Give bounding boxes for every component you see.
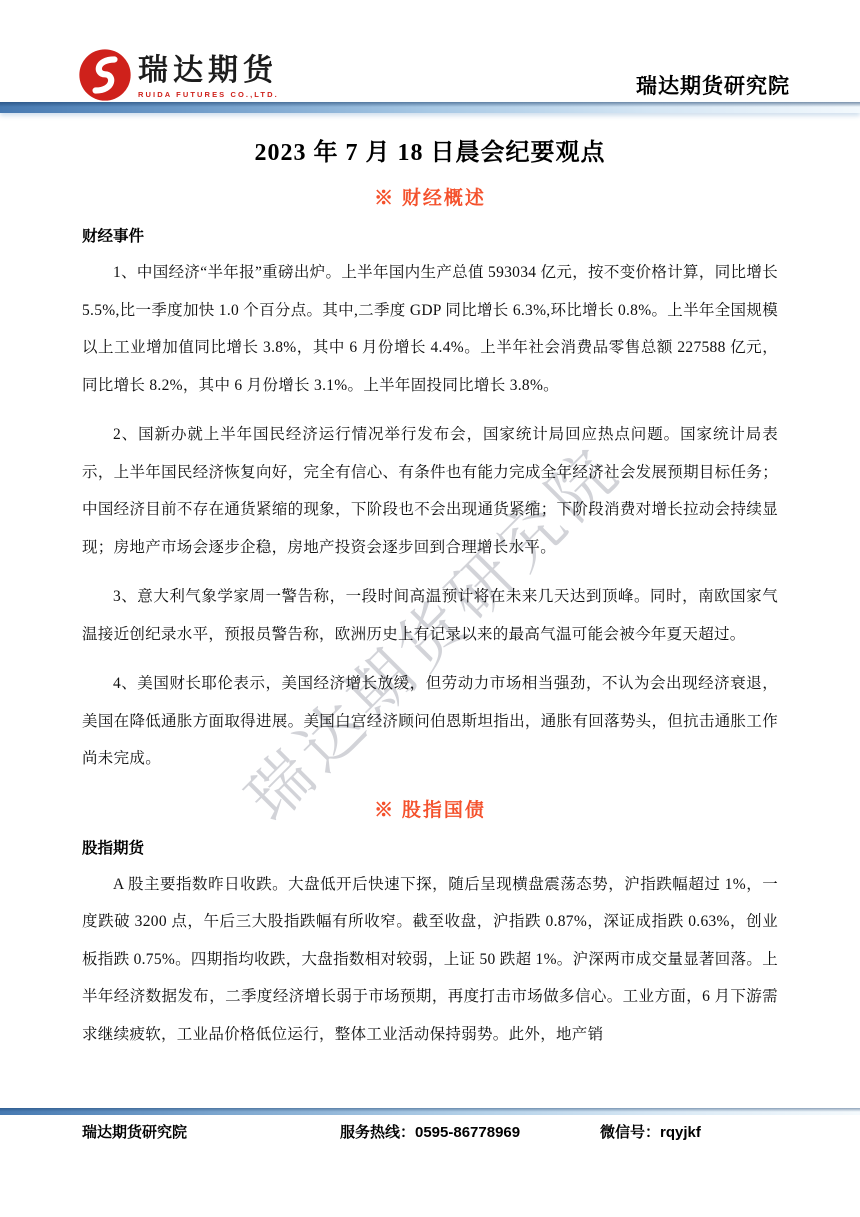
header-divider-bar bbox=[0, 102, 860, 113]
document-page: 瑞达期货 RUIDA FUTURES CO.,LTD. 瑞达期货研究院 瑞达期货… bbox=[0, 0, 860, 1217]
footer-divider-bar bbox=[0, 1108, 860, 1115]
footer-hotline: 服务热线：0595-86778969 bbox=[340, 1121, 520, 1145]
footer-wechat: 微信号：rqyjkf bbox=[600, 1121, 701, 1145]
section-heading-index-bonds: ※ 股指国债 bbox=[82, 796, 778, 826]
ruida-logo-icon bbox=[78, 48, 132, 102]
paragraph-italy-heatwave: 3、意大利气象学家周一警告称，一段时间高温预计将在未来几天达到顶峰。同时，南欧国… bbox=[82, 578, 778, 653]
paragraph-a-share-market: A 股主要指数昨日收跌。大盘低开后快速下探，随后呈现横盘震荡态势，沪指跌幅超过 … bbox=[82, 866, 778, 1054]
subsection-index-futures: 股指期货 bbox=[82, 836, 778, 862]
page-title: 2023 年 7 月 18 日晨会纪要观点 bbox=[82, 136, 778, 170]
header-org-name: 瑞达期货研究院 bbox=[636, 70, 790, 100]
paragraph-economy-half-year-report: 1、中国经济“半年报”重磅出炉。上半年国内生产总值 593034 亿元，按不变价… bbox=[82, 254, 778, 404]
document-content: 2023 年 7 月 18 日晨会纪要观点 ※ 财经概述 财经事件 1、中国经济… bbox=[82, 118, 778, 1053]
footer-org: 瑞达期货研究院 bbox=[82, 1121, 187, 1145]
footer: 瑞达期货研究院 服务热线：0595-86778969 微信号：rqyjkf bbox=[0, 1121, 860, 1145]
header: 瑞达期货 RUIDA FUTURES CO.,LTD. 瑞达期货研究院 bbox=[0, 0, 860, 102]
section-heading-finance-overview: ※ 财经概述 bbox=[82, 184, 778, 214]
brand-subtitle: RUIDA FUTURES CO.,LTD. bbox=[138, 90, 279, 99]
subsection-finance-events: 财经事件 bbox=[82, 224, 778, 250]
paragraph-yellen-remarks: 4、美国财长耶伦表示，美国经济增长放缓，但劳动力市场相当强劲，不认为会出现经济衰… bbox=[82, 665, 778, 778]
brand-text: 瑞达期货 RUIDA FUTURES CO.,LTD. bbox=[138, 48, 279, 99]
paragraph-press-conference: 2、国新办就上半年国民经济运行情况举行发布会，国家统计局回应热点问题。国家统计局… bbox=[82, 416, 778, 566]
brand-name: 瑞达期货 bbox=[138, 54, 279, 88]
brand-logo: 瑞达期货 RUIDA FUTURES CO.,LTD. bbox=[78, 48, 279, 102]
